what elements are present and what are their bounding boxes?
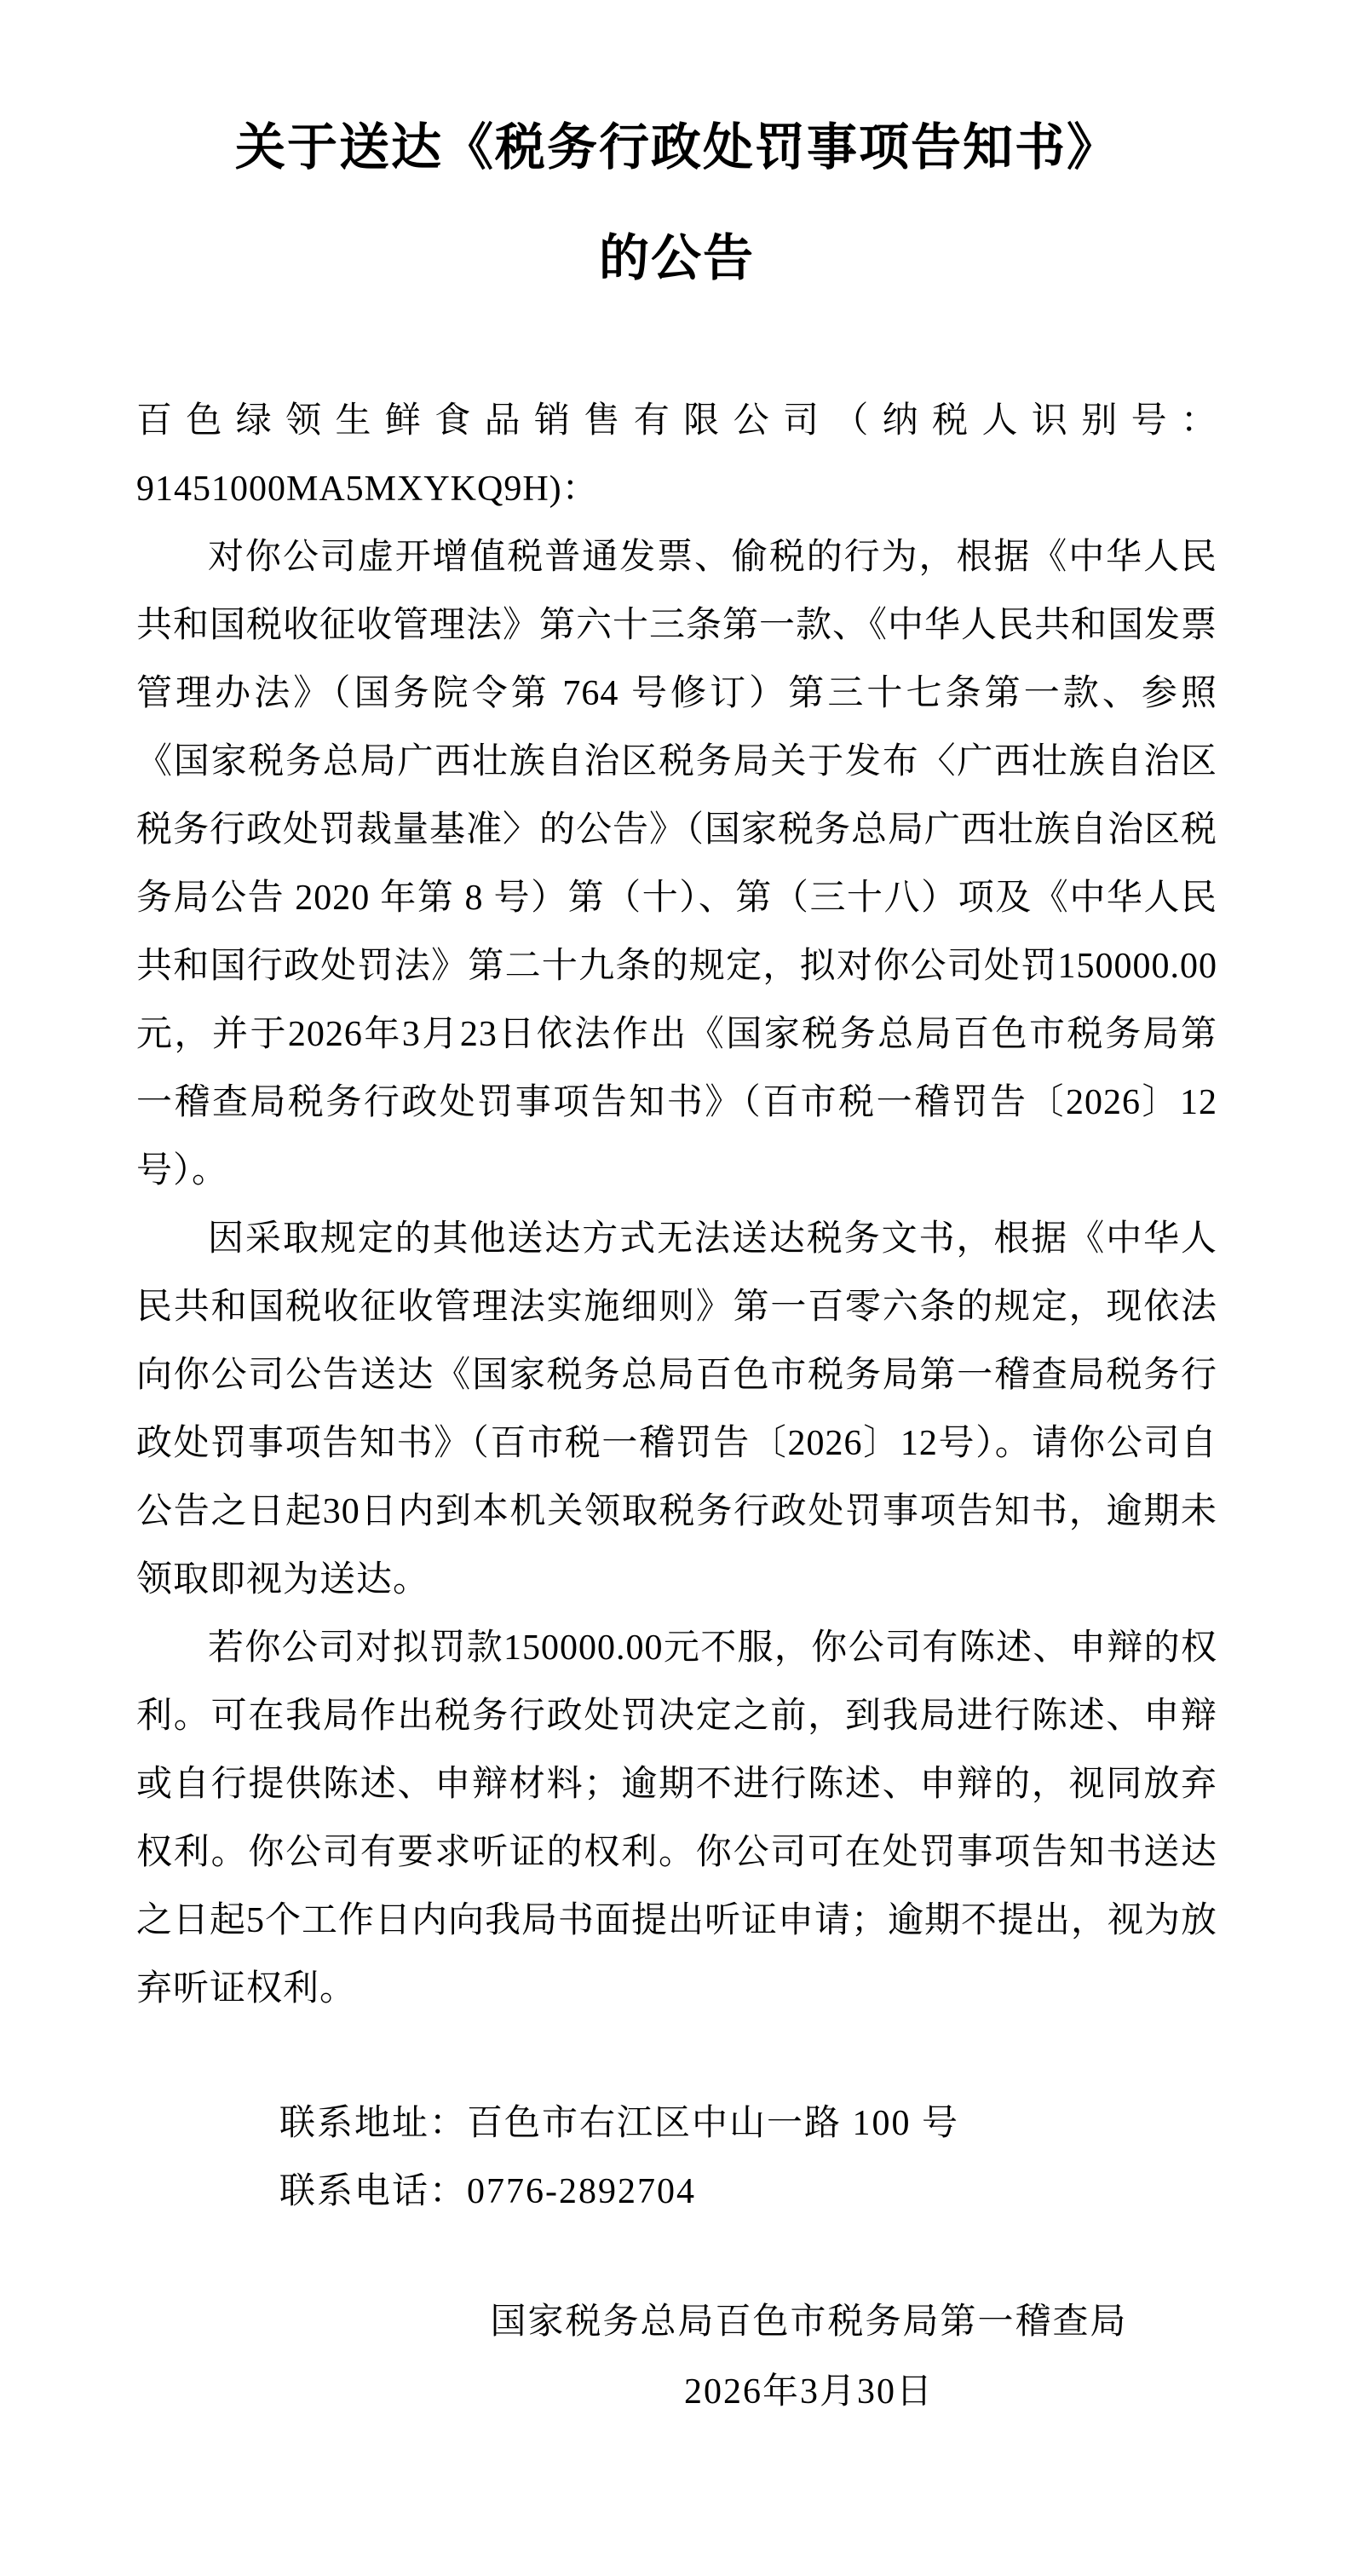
salutation-line: 百色绿领生鲜食品销售有限公司（纳税人识别号：91451000MA5MXYKQ9H… [136,387,1217,523]
signature-block: 国家税务总局百色市税务局第一稽查局 2026年3月30日 [136,2287,1217,2427]
contact-block: 联系地址：百色市右江区中山一路 100 号 联系电话：0776-2892704 [136,2089,1217,2226]
contact-phone-value: 0776-2892704 [467,2172,696,2211]
contact-address-value: 百色市右江区中山一路 100 号 [467,2104,959,2143]
contact-address-line: 联系地址：百色市右江区中山一路 100 号 [136,2089,1217,2158]
document-title-line1: 关于送达《税务行政处罚事项告知书》 [136,92,1217,203]
document-title-line2: 的公告 [136,203,1217,314]
paragraph-penalty-basis: 对你公司虚开增值税普通发票、偷税的行为，根据《中华人民共和国税收征收管理法》第六… [136,523,1217,1205]
paragraph-public-delivery: 因采取规定的其他送达方式无法送达税务文书，根据《中华人民共和国税收征收管理法实施… [136,1205,1217,1614]
document-body: 百色绿领生鲜食品销售有限公司（纳税人识别号：91451000MA5MXYKQ9H… [136,387,1217,2023]
document-page: 关于送达《税务行政处罚事项告知书》 的公告 百色绿领生鲜食品销售有限公司（纳税人… [0,0,1352,2576]
contact-address-label: 联系地址： [279,2104,467,2143]
issue-date: 2026年3月30日 [400,2357,1217,2427]
document-title: 关于送达《税务行政处罚事项告知书》 的公告 [136,92,1217,314]
contact-phone-label: 联系电话： [279,2172,467,2211]
paragraph-rights-notice: 若你公司对拟罚款150000.00元不服，你公司有陈述、申辩的权利。可在我局作出… [136,1614,1217,2023]
contact-phone-line: 联系电话：0776-2892704 [136,2158,1217,2226]
issuing-authority: 国家税务总局百色市税务局第一稽查局 [400,2287,1217,2357]
